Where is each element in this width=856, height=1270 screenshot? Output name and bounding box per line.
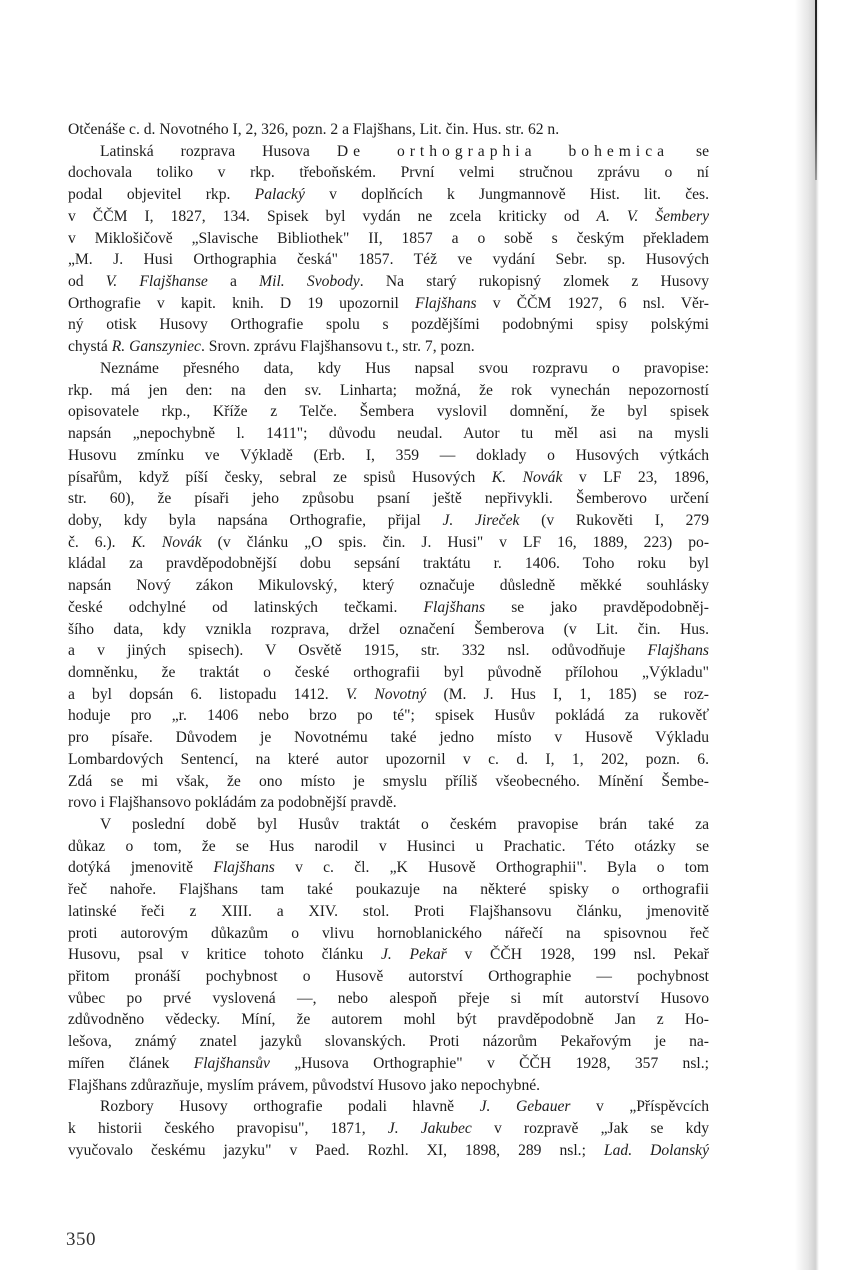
text-line: řeč nahoře. Flajšhans tam také poukazuje… [68,879,709,901]
text-line: šího data, kdy vznikla rozprava, držel o… [68,619,709,641]
text-line: domněnku, že traktát o české orthografii… [68,662,709,684]
text-line: přitom pronáší pochybnost o Husově autor… [68,966,709,988]
text-line: V poslední době byl Husův traktát o česk… [68,814,709,836]
text-line: Husovu zmínku ve Výkladě (Erb. I, 359 — … [68,445,709,467]
text-line: „M. J. Husi Orthographia česká" 1857. Té… [68,249,709,271]
text-line: opisovatele rkp., Kříže z Telče. Šembera… [68,401,709,423]
text-line: v Miklošičově „Slavische Bibliothek" II,… [68,228,709,250]
body-text: Otčenáše c. d. Novotného I, 2, 326, pozn… [68,119,709,1162]
text-line-rich: mířen článek Flajšhansův „Husova Orthogr… [68,1053,709,1075]
text-line: ný otisk Husovy Orthografie spolu s pozd… [68,314,709,336]
text-line: lešova, známý znatel jazyků slovanských.… [68,1031,709,1053]
page-number: 350 [66,1229,96,1251]
text-line-rich: a v jiných spisech). V Osvětě 1915, str.… [68,640,709,662]
text-line: proti autorovým důkazům o vlivu hornobla… [68,923,709,945]
text-line-rich: doby, kdy byla napsána Orthografie, přij… [68,510,709,532]
italic-name: V. Flajšhanse [106,273,208,290]
text-line: latinské řeči z XIII. a XIV. stol. Proti… [68,901,709,923]
spaced-title: De orthographia bohemica [337,143,669,160]
text-line: napsán „nepochybně l. 1411"; důvodu neud… [68,423,709,445]
text-line: str. 60), že písaři jeho způsobu psaní j… [68,488,709,510]
italic-name: Palacký [255,186,305,203]
italic-name: R. Ganszyniec [112,338,201,355]
text-line: vůbec po prvé vyslovená —, nebo alespoň … [68,988,709,1010]
italic-name: Flajšhans [647,642,709,659]
text-line-rich: písařům, když píší česky, sebral ze spis… [68,467,709,489]
text-line: zdůvodněno vědecky. Míní, že autorem moh… [68,1009,709,1031]
text-line: Neznáme přesného data, kdy Hus napsal sv… [68,358,709,380]
text-line-rich: Latinská rozprava Husova De orthographia… [68,141,709,163]
italic-name: Lad. Dolanský [604,1142,709,1159]
text-line: rkp. má jen den: na den sv. Linharta; mo… [68,380,709,402]
text-line-rich: č. 6.). K. Novák (v článku „O spis. čin.… [68,532,709,554]
text-line-rich: k historii českého pravopisu", 1871, J. … [68,1118,709,1140]
binding-shadow [795,0,819,1270]
italic-name: V. Novotný [346,686,427,703]
binding-edge-line [815,0,817,180]
italic-name: Mil. Svobody [259,273,360,290]
text-line: Otčenáše c. d. Novotného I, 2, 326, pozn… [68,119,709,141]
text-line-rich: podal objevitel rkp. Palacký v doplňcích… [68,184,709,206]
text-line-rich: a byl dopsán 6. listopadu 1412. V. Novot… [68,684,709,706]
text-line-rich: dotýká jmenovitě Flajšhans v c. čl. „K H… [68,857,709,879]
text-line-rich: Orthografie v kapit. knih. D 19 upozorni… [68,293,709,315]
text-line: hoduje pro „r. 1406 nebo brzo po té"; sp… [68,705,709,727]
italic-name: J. Jakubec [388,1120,472,1137]
text-line: Flajšhans zdůrazňuje, myslím právem, pův… [68,1075,709,1097]
text-line: kládal za pravděpodobnější dobu sepsání … [68,553,709,575]
italic-name: Flajšhansův [194,1055,270,1072]
italic-name: J. Jireček [442,512,519,529]
text-line: Zdá se mi však, že ono místo je smyslu p… [68,771,709,793]
italic-name: Flajšhans [415,295,477,312]
italic-name: Flajšhans [424,599,486,616]
text-line-rich: Rozbory Husovy orthografie podali hlavně… [68,1096,709,1118]
text-line: rovo i Flajšhansovo pokládám za podobněj… [68,792,709,814]
book-page: Otčenáše c. d. Novotného I, 2, 326, pozn… [0,0,856,1270]
text-line: důkaz o tom, že se Hus narodil v Husinci… [68,836,709,858]
text-line-rich: chystá R. Ganszyniec. Srovn. zprávu Flaj… [68,336,709,358]
italic-name: A. V. Šembery [596,208,709,225]
text-line: pro písaře. Důvodem je Novotnému také je… [68,727,709,749]
italic-name: J. Pekař [381,946,447,963]
italic-name: K. Novák [492,469,563,486]
italic-name: J. Gebauer [480,1098,571,1115]
text-line-rich: vyučovalo českému jazyku" v Paed. Rozhl.… [68,1140,709,1162]
text-line-rich: v ČČM I, 1827, 134. Spisek byl vydán ne … [68,206,709,228]
text-line-rich: od V. Flajšhanse a Mil. Svobody. Na star… [68,271,709,293]
italic-name: K. Novák [132,534,202,551]
text-line: napsán Nový zákon Mikulovský, který ozna… [68,575,709,597]
text-line-rich: české odchylné od latinských tečkami. Fl… [68,597,709,619]
text-line-rich: Husovu, psal v kritice tohoto článku J. … [68,944,709,966]
italic-name: Flajšhans [213,859,275,876]
text-line: dochovala toliko v rkp. třeboňském. Prvn… [68,162,709,184]
text-line: Lombardových Sentencí, na které autor up… [68,749,709,771]
